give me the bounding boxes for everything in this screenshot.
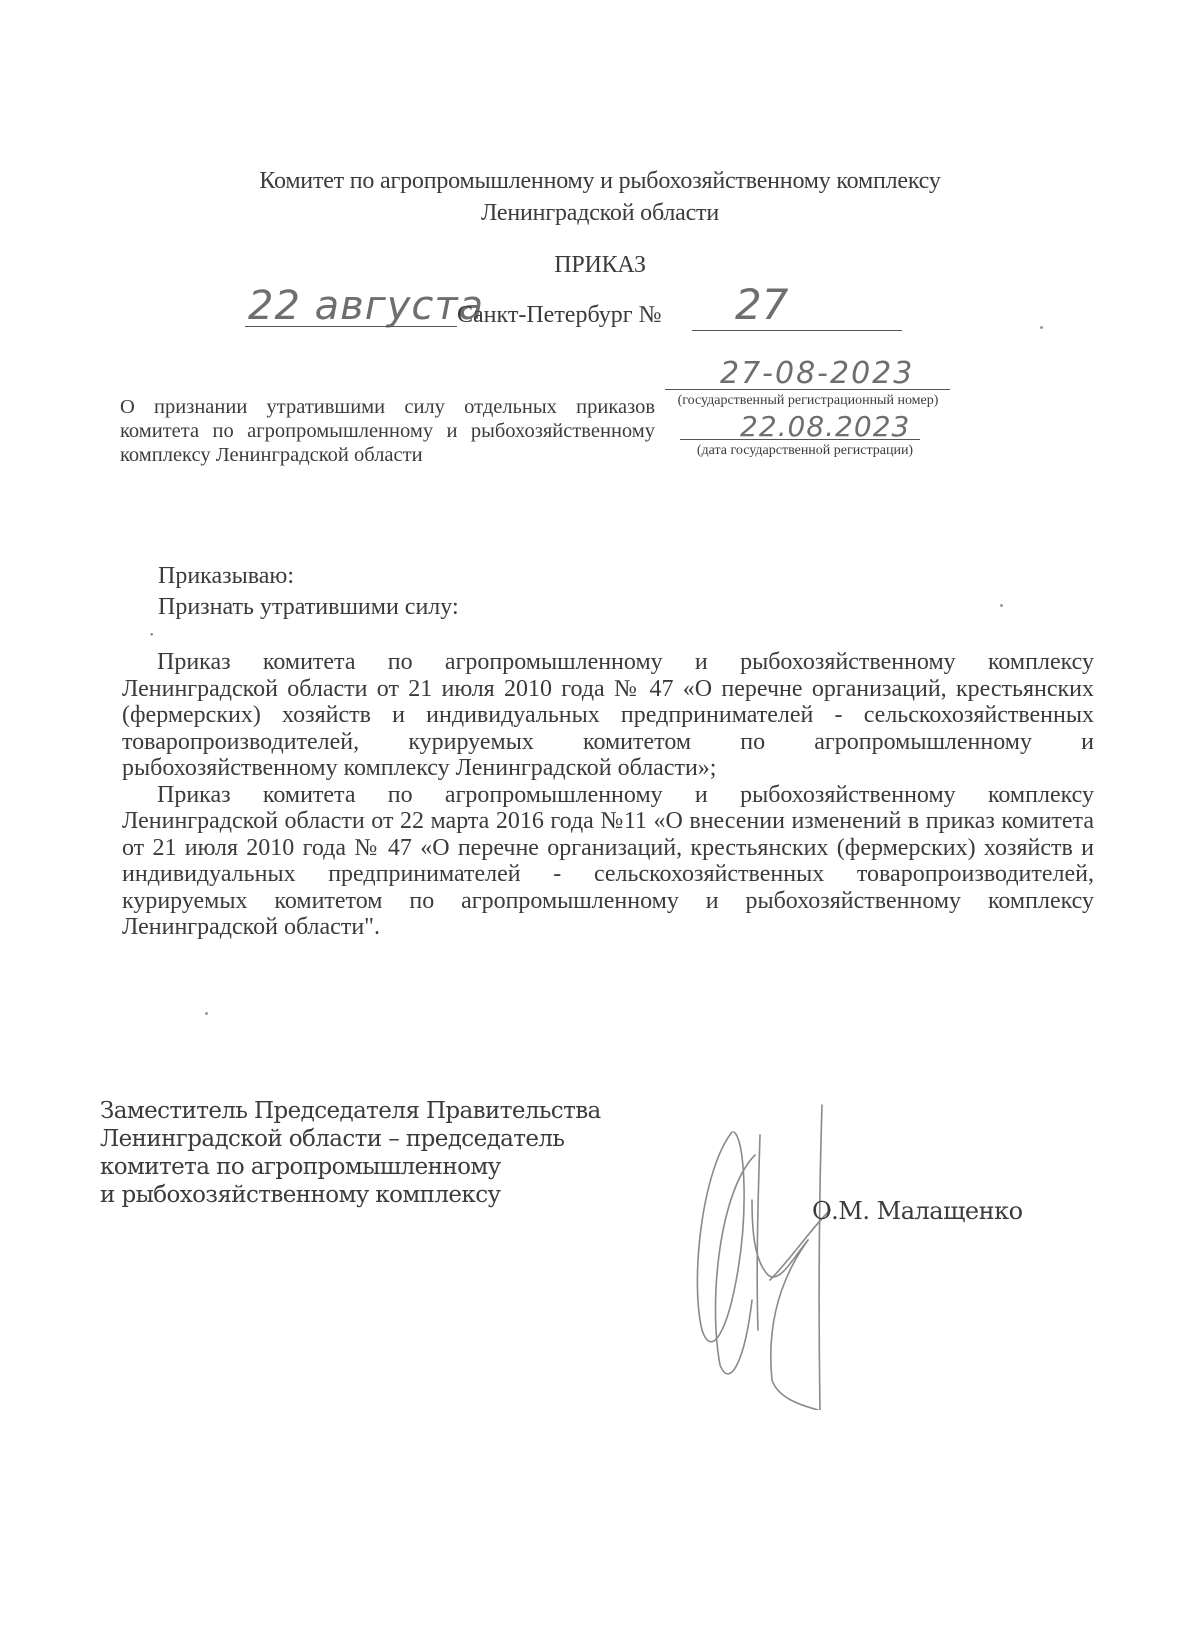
organization-name-line1: Комитет по агропромышленному и рыбохозяй… xyxy=(0,168,1200,195)
bullet-mark: • xyxy=(150,630,154,641)
registration-number-value: 27-08-2023 xyxy=(720,356,914,391)
scan-speck xyxy=(1040,326,1043,329)
scan-speck xyxy=(205,1012,208,1015)
signer-position-line: комитета по агропромышленному xyxy=(100,1153,601,1181)
revocation-intro: Признать утратившими силу: xyxy=(158,594,459,621)
scanned-document-page: Комитет по агропромышленному и рыбохозяй… xyxy=(0,0,1200,1649)
order-directive: Приказываю: xyxy=(158,563,294,590)
handwritten-order-date: 22 августа xyxy=(248,283,484,329)
document-type-title: ПРИКАЗ xyxy=(0,252,1200,279)
organization-name-line2: Ленинградской области xyxy=(0,200,1200,227)
signer-position: Заместитель Председателя Правительства Л… xyxy=(100,1097,601,1209)
revoked-order-paragraph: Приказ комитета по агропромышленному и р… xyxy=(122,782,1094,941)
signer-name: О.М. Малащенко xyxy=(812,1197,1023,1225)
registration-number-underline xyxy=(665,389,950,390)
signer-position-line: Заместитель Председателя Правительства xyxy=(100,1097,601,1125)
signer-position-line: и рыбохозяйственному комплексу xyxy=(100,1181,601,1209)
registration-number-caption: (государственный регистрационный номер) xyxy=(648,393,968,409)
handwritten-signature-icon xyxy=(690,1080,890,1410)
number-underline xyxy=(692,330,902,331)
revoked-order-paragraph: Приказ комитета по агропромышленному и р… xyxy=(122,649,1094,782)
registration-date-caption: (дата государственной регистрации) xyxy=(660,443,950,459)
revoked-orders-list: Приказ комитета по агропромышленному и р… xyxy=(122,649,1094,941)
handwritten-order-number: 27 xyxy=(735,280,788,329)
city-and-number-label: Санкт-Петербург № xyxy=(457,302,662,329)
scan-speck xyxy=(1000,604,1003,607)
registration-date-underline xyxy=(680,439,920,440)
signer-position-line: Ленинградской области – председатель xyxy=(100,1125,601,1153)
date-underline xyxy=(245,326,457,327)
order-subject: О признании утратившими силу отдельных п… xyxy=(120,395,655,467)
